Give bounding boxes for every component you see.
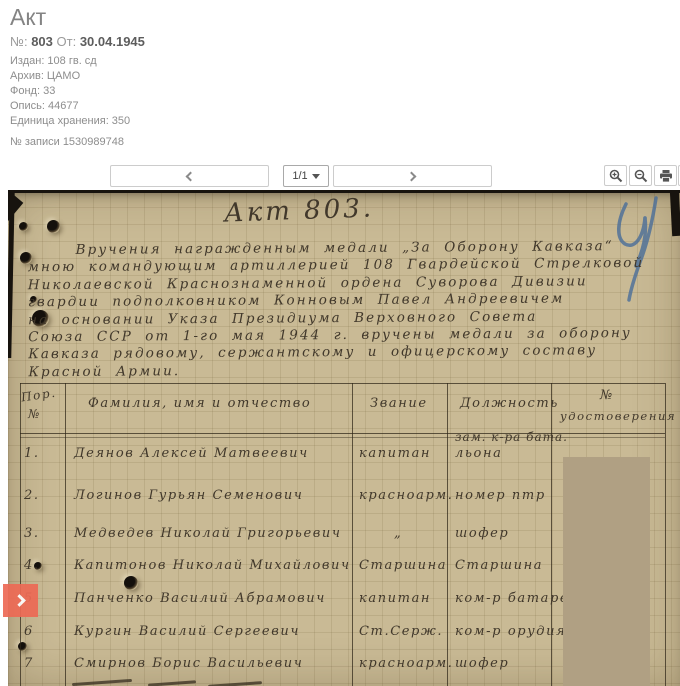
scan-edge-top	[8, 190, 680, 193]
cell-num: 1.	[24, 446, 40, 461]
cell-position: льона	[455, 446, 503, 461]
cell-position: Старшина	[455, 558, 543, 573]
doc-number-line: №: 803 От: 30.04.1945	[10, 34, 145, 49]
cell-position: ком-р орудия	[455, 624, 566, 639]
cell-name: Деянов Алексей Матвеевич	[74, 446, 309, 461]
cell-name: Медведев Николай Григорьевич	[74, 526, 342, 541]
page-title: Акт	[10, 4, 46, 31]
punch-hole	[47, 220, 60, 233]
cell-num: 7	[24, 656, 34, 671]
page-indicator: 1/1	[292, 170, 307, 182]
cell-name: Панченко Василий Абрамович	[74, 591, 326, 606]
magnifier-minus-icon	[634, 169, 648, 183]
cell-position: ком-р батареи	[455, 591, 579, 606]
chevron-right-icon	[13, 594, 26, 607]
table-rule	[20, 437, 665, 438]
partial-row-hint	[208, 681, 262, 686]
meta-inventory: Опись: 44677	[10, 99, 130, 114]
doc-num-value: 803	[31, 34, 53, 49]
next-page-button[interactable]	[333, 165, 492, 187]
doc-date-label: От:	[57, 34, 77, 49]
meta-fund: Фонд: 33	[10, 84, 130, 99]
chevron-left-icon	[186, 171, 196, 181]
cell-rank: Старшина	[359, 558, 447, 573]
paragraph-line: Красной Армии.	[28, 360, 672, 382]
cell-rank: капитан	[359, 591, 431, 606]
cell-name: Кургин Василий Сергеевич	[74, 624, 300, 639]
prev-page-button[interactable]	[110, 165, 269, 187]
cell-num: 2.	[24, 488, 40, 503]
magnifier-plus-icon	[609, 169, 623, 183]
punch-hole	[124, 576, 138, 590]
doc-date-value: 30.04.1945	[80, 34, 145, 49]
cell-name: Капитонов Николай Михайлович	[74, 558, 351, 573]
cell-position-line1: зам. к-ра бата.	[455, 430, 568, 444]
cell-rank: красноарм.	[359, 488, 454, 503]
scan-corner-top-left	[8, 190, 23, 223]
table-header-cert-1: №	[600, 388, 614, 403]
cell-num: 3.	[24, 526, 40, 541]
scan-viewport: Акт 803. Вручения награжденным медали „З…	[8, 190, 680, 686]
cell-position: номер птр	[455, 488, 546, 503]
table-header-rank: Звание	[370, 396, 428, 411]
record-number: № записи 1530989748	[10, 136, 124, 148]
table-header-name: Фамилия, имя и отчество	[88, 396, 311, 411]
scan-paragraph: Вручения награжденным медали „За Оборону…	[28, 238, 673, 382]
printer-icon	[659, 169, 673, 183]
document-viewer-page: Акт №: 803 От: 30.04.1945 Издан: 108 гв.…	[0, 0, 680, 686]
table-header-num-2: №	[28, 407, 41, 421]
cell-num: 4.	[24, 558, 40, 573]
cell-rank: „	[394, 526, 402, 541]
print-button[interactable]	[654, 165, 677, 186]
cell-position: шофер	[455, 526, 509, 541]
table-header-cert-2: удостоверения	[560, 409, 676, 423]
table-header-position: Должность	[460, 396, 559, 411]
scan-doc-title: Акт 803.	[224, 193, 375, 228]
punch-hole	[19, 222, 28, 231]
cell-num: 6	[24, 624, 34, 639]
doc-num-label: №:	[10, 34, 28, 49]
chevron-down-icon	[312, 174, 320, 179]
cell-rank: красноарм.	[359, 656, 454, 671]
cell-rank: Ст.Серж.	[359, 624, 443, 639]
page-select[interactable]: 1/1	[283, 165, 329, 187]
zoom-in-button[interactable]	[604, 165, 627, 186]
meta-archive: Архив: ЦАМО	[10, 69, 130, 84]
table-rule	[20, 383, 665, 384]
partial-row-hint	[148, 680, 196, 686]
meta-storage-unit: Единица хранения: 350	[10, 114, 130, 129]
meta-issued: Издан: 108 гв. сд	[10, 54, 130, 69]
cell-position: шофер	[455, 656, 509, 671]
partial-row-hint	[72, 679, 132, 686]
doc-metadata: Издан: 108 гв. сд Архив: ЦАМО Фонд: 33 О…	[10, 54, 130, 129]
cell-name: Логинов Гурьян Семенович	[74, 488, 303, 503]
cell-rank: капитан	[359, 446, 431, 461]
chevron-right-icon	[407, 171, 417, 181]
table-header-num-1: Пор.	[20, 386, 57, 405]
zoom-out-button[interactable]	[629, 165, 652, 186]
redaction-block	[563, 457, 650, 686]
cell-name: Смирнов Борис Васильевич	[74, 656, 303, 671]
table-rule	[20, 433, 665, 434]
current-row-marker	[3, 584, 38, 617]
